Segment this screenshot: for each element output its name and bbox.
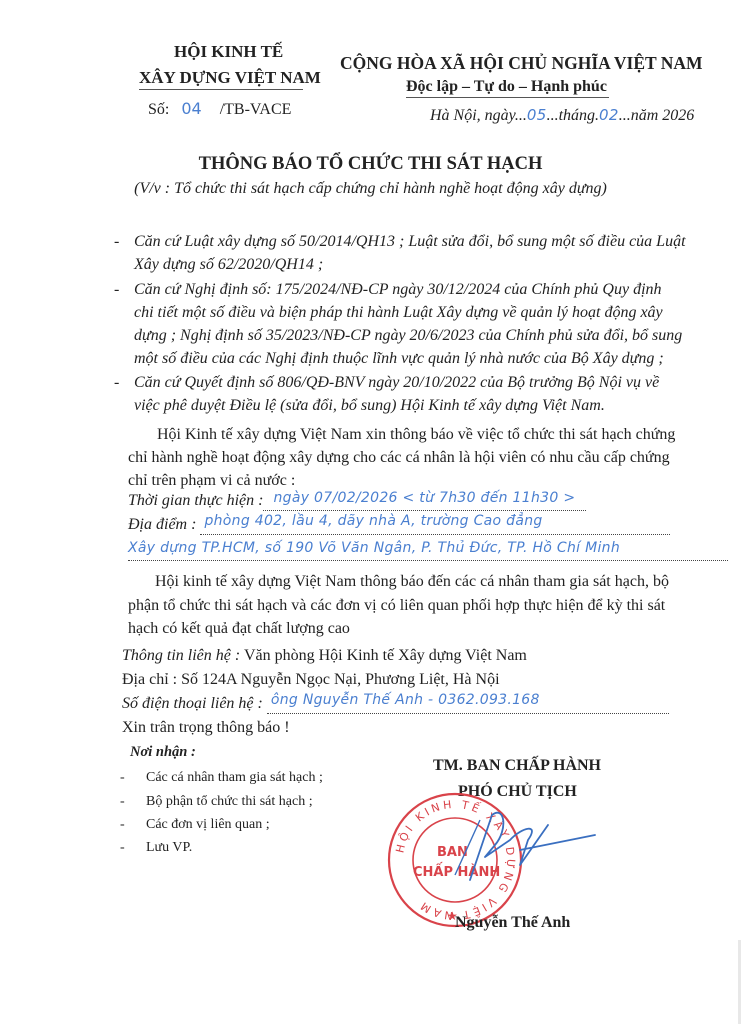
bullet-dash: -	[114, 374, 119, 392]
date-mid: ...tháng.	[547, 107, 599, 124]
exam-time: Thời gian thực hiện :ngày 07/02/2026 < t…	[128, 492, 586, 511]
date-day: 05	[527, 106, 547, 124]
bullet-dash: -	[114, 233, 119, 251]
bullet-dash: -	[120, 770, 125, 786]
closing-remark: Xin trân trọng thông báo !	[122, 719, 290, 737]
exam-time-field: ngày 07/02/2026 < từ 7h30 đến 11h30 >	[263, 492, 586, 511]
document-number-label: Số:	[148, 101, 169, 118]
basis-2-line-2: chi tiết một số điều và biện pháp thi hà…	[134, 304, 663, 322]
document-subtitle: (V/v : Tổ chức thi sát hạch cấp chứng ch…	[0, 180, 741, 198]
recipient-item: Lưu VP.	[146, 840, 192, 856]
bullet-dash: -	[120, 794, 125, 810]
exam-location-line-2: Xây dựng TP.HCM, số 190 Võ Văn Ngân, P. …	[128, 542, 728, 561]
issue-date: Hà Nội, ngày...05...tháng.02...năm 2026	[430, 106, 694, 125]
exam-time-label: Thời gian thực hiện :	[128, 492, 263, 509]
date-month: 02	[599, 106, 619, 124]
intro-line-1: Hội Kinh tế xây dựng Việt Nam xin thông …	[157, 426, 675, 444]
signer-name: Nguyễn Thế Anh	[455, 914, 570, 932]
basis-2-line-4: một số điều của các Nghị định thuộc lĩnh…	[134, 350, 664, 368]
basis-2-line-1: Căn cứ Nghị định số: 175/2024/NĐ-CP ngày…	[134, 281, 662, 299]
intro-line-2: chỉ hành nghề hoạt động xây dựng cho các…	[128, 449, 670, 467]
exam-location-value-1: phòng 402, lầu 4, dãy nhà A, trường Cao …	[204, 513, 542, 529]
national-motto: Độc lập – Tự do – Hạnh phúc	[406, 78, 607, 96]
contact-address: Địa chỉ : Số 124A Nguyễn Ngọc Nại, Phươn…	[122, 671, 500, 689]
document-title: THÔNG BÁO TỔ CHỨC THI SÁT HẠCH	[0, 154, 741, 175]
basis-3-line-1: Căn cứ Quyết định số 806/QĐ-BNV ngày 20/…	[134, 374, 659, 392]
handwritten-signature-icon	[450, 805, 600, 885]
notice-line-1: Hội kinh tế xây dựng Việt Nam thông báo …	[155, 573, 669, 591]
recipient-item: Bộ phận tổ chức thi sát hạch ;	[146, 794, 313, 810]
exam-location-label: Địa điểm :	[128, 516, 196, 533]
notice-line-3: hạch có kết quả đạt chất lượng cao	[128, 620, 350, 638]
contact-phone-field: ông Nguyễn Thế Anh - 0362.093.168	[267, 695, 669, 714]
bullet-dash: -	[114, 281, 119, 299]
bullet-dash: -	[120, 817, 125, 833]
notice-line-2: phận tổ chức thi sát hạch và các đơn vị …	[128, 597, 665, 615]
recipients-title: Nơi nhận :	[130, 744, 196, 761]
organization-name-line1: HỘI KINH TẾ	[174, 42, 283, 62]
basis-1-line-2: Xây dựng số 62/2020/QH14 ;	[134, 256, 323, 274]
contact-phone-value: ông Nguyễn Thế Anh - 0362.093.168	[271, 692, 540, 708]
contact-phone-label: Số điện thoại liên hệ :	[122, 695, 263, 712]
exam-location-value-2: Xây dựng TP.HCM, số 190 Võ Văn Ngân, P. …	[128, 540, 620, 556]
nation-title: CỘNG HÒA XÃ HỘI CHỦ NGHĨA VIỆT NAM	[340, 53, 703, 74]
recipient-item: Các cá nhân tham gia sát hạch ;	[146, 770, 323, 786]
document-number-suffix: /TB-VACE	[220, 101, 292, 118]
organization-name-line2: XÂY DỰNG VIỆT NAM	[139, 68, 321, 88]
organization-underline	[139, 89, 303, 90]
basis-3-line-2: việc phê duyệt Điều lệ (sửa đổi, bổ sung…	[134, 397, 605, 415]
contact-info: Thông tin liên hệ : Văn phòng Hội Kinh t…	[122, 647, 527, 665]
exam-location-field-2: Xây dựng TP.HCM, số 190 Võ Văn Ngân, P. …	[128, 542, 728, 561]
contact-info-value: Văn phòng Hội Kinh tế Xây dựng Việt Nam	[244, 647, 527, 664]
motto-underline	[406, 97, 609, 98]
intro-line-3: chỉ trên phạm vi cả nước :	[128, 472, 295, 490]
recipient-item: Các đơn vị liên quan ;	[146, 817, 270, 833]
contact-info-label: Thông tin liên hệ :	[122, 647, 240, 664]
date-suffix: ...năm 2026	[619, 107, 695, 124]
document-number: Số: 04 /TB-VACE	[148, 99, 291, 119]
date-prefix: Hà Nội, ngày...	[430, 107, 527, 124]
bullet-dash: -	[120, 840, 125, 856]
contact-phone: Số điện thoại liên hệ : ông Nguyễn Thế A…	[122, 695, 669, 714]
signature-title-line1: TM. BAN CHẤP HÀNH	[433, 757, 601, 775]
basis-1-line-1: Căn cứ Luật xây dựng số 50/2014/QH13 ; L…	[134, 233, 686, 251]
basis-2-line-3: dựng ; Nghị định số 35/2023/NĐ-CP ngày 2…	[134, 327, 682, 345]
exam-location: Địa điểm : phòng 402, lầu 4, dãy nhà A, …	[128, 516, 670, 535]
exam-location-field-1: phòng 402, lầu 4, dãy nhà A, trường Cao …	[200, 516, 670, 535]
document-number-value: 04	[181, 99, 201, 118]
exam-time-value: ngày 07/02/2026 < từ 7h30 đến 11h30 >	[273, 490, 575, 506]
